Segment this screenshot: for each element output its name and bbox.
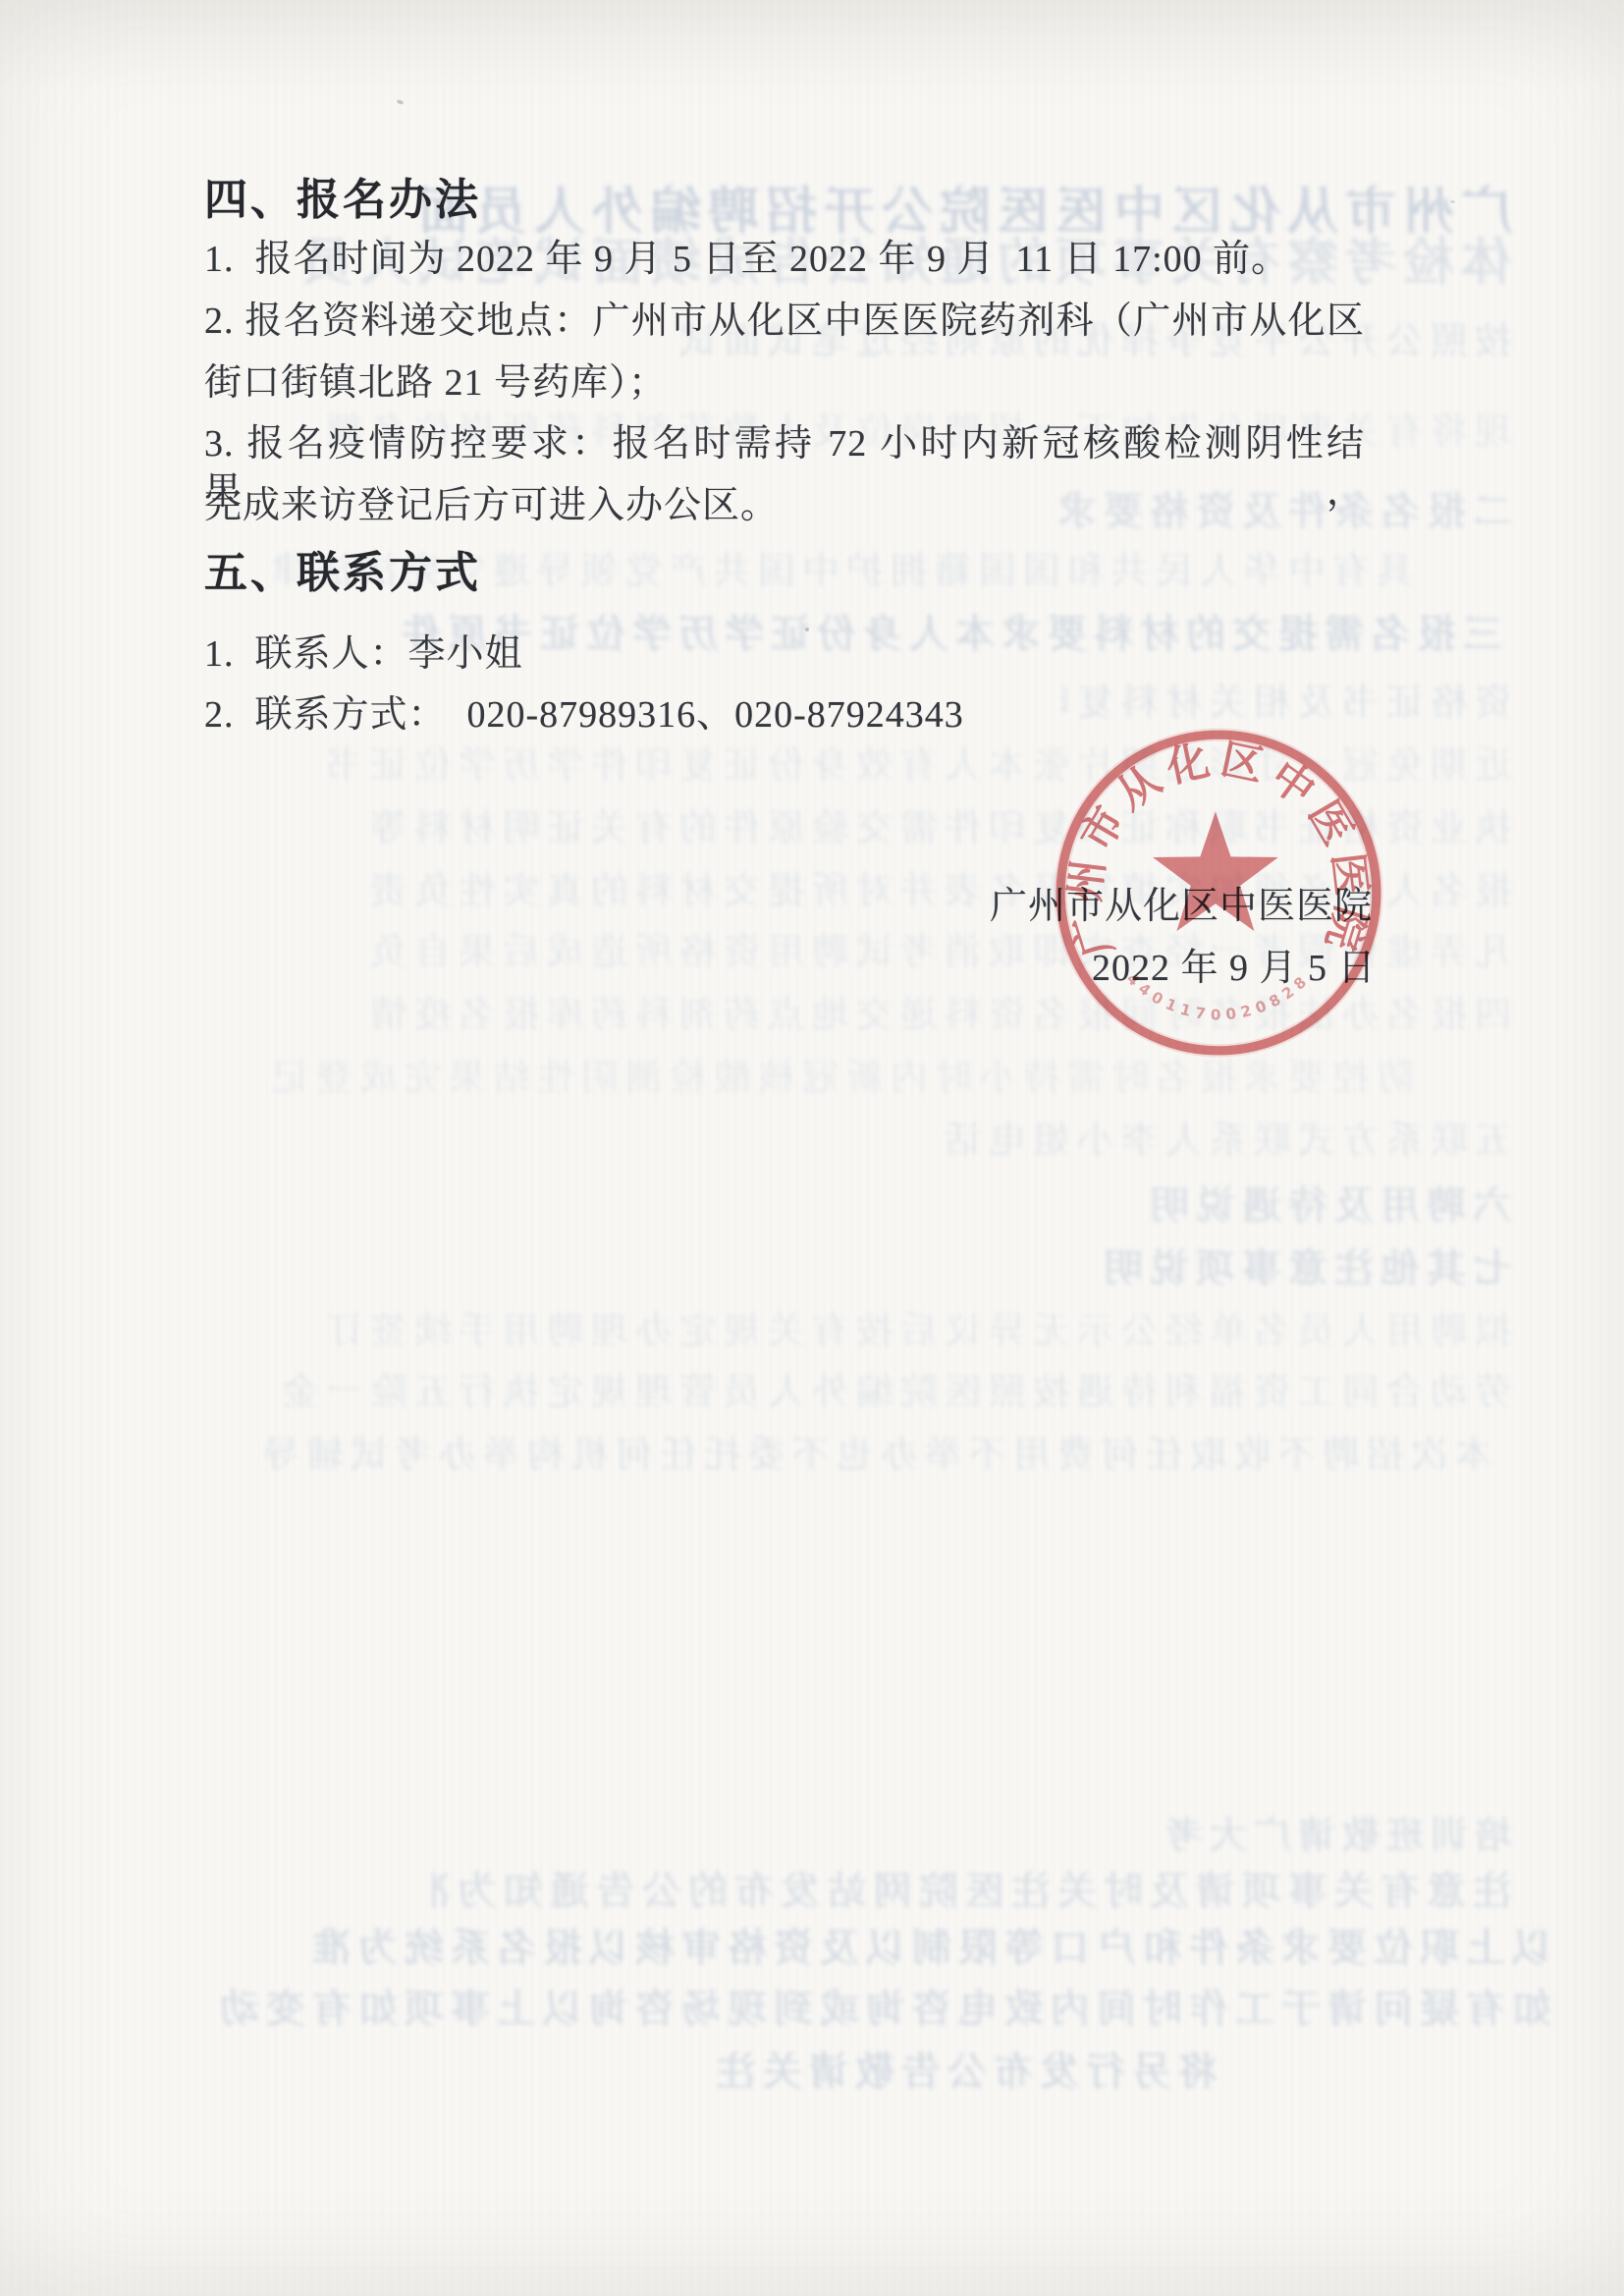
scanned-document-page: { "document": { "section4": { "heading":… <box>0 0 1624 2296</box>
seal-serial: 4401170020828 <box>1123 969 1314 1023</box>
section4-heading: 四、报名办法 <box>204 173 481 228</box>
section5-item1-line1: 1. 联系人：李小姐 <box>204 630 523 679</box>
svg-text:4401170020828: 4401170020828 <box>1123 969 1314 1023</box>
section5-heading: 五、联系方式 <box>204 546 481 601</box>
document-content: 四、报名办法 1. 报名时间为 2022 年 9 月 5 日至 2022 年 9… <box>0 0 1624 2296</box>
section4-item2-line1: 2. 报名资料递交地点：广州市从化区中医医院药剂科（广州市从化区 <box>204 298 1365 346</box>
section4-item2-line2: 街口街镇北路 21 号药库）； <box>204 359 667 408</box>
section4-item3-line2: 完成来访登记后方可进入办公区。 <box>204 482 779 530</box>
section5-item2-line1: 2. 联系方式： 020-87989316、020-87924343 <box>204 691 964 739</box>
official-seal-stamp: 广州市从化区中医医院 4401170020828 <box>1053 727 1384 1059</box>
star-icon <box>1153 812 1278 932</box>
section4-item1-line1: 1. 报名时间为 2022 年 9 月 5 日至 2022 年 9 月 11 日… <box>204 236 1289 284</box>
